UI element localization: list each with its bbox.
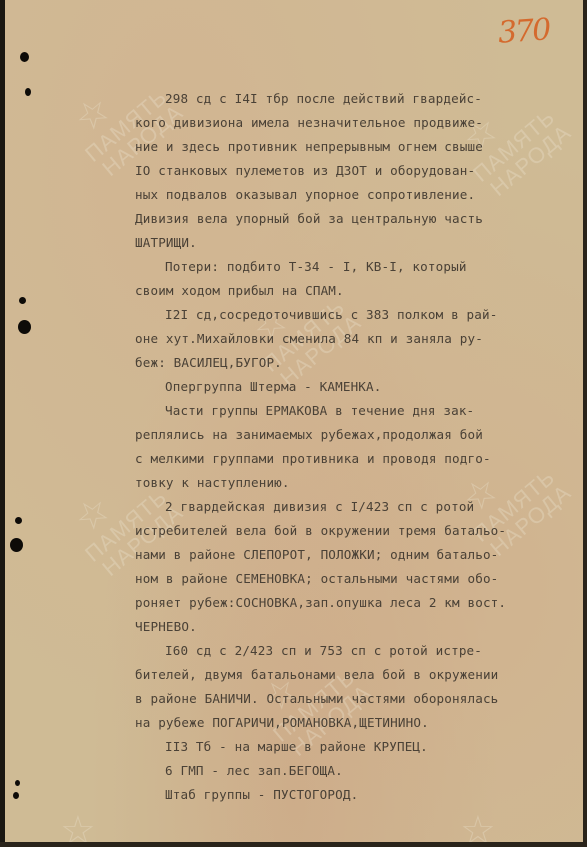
text-line: в районе БАНИЧИ. Остальными частями обор… bbox=[135, 691, 498, 706]
text-line: истребителей вела бой в окружении тремя … bbox=[135, 523, 506, 538]
text-line: роняет рубеж:СОСНОВКА,зап.опушка леса 2 … bbox=[135, 595, 506, 610]
text-line: IO станковых пулеметов из ДЗОТ и оборудо… bbox=[135, 163, 475, 178]
text-line: беж: ВАСИЛЕЦ,БУГОР. bbox=[135, 355, 282, 370]
text-line: ном в районе СЕМЕНОВКА; остальными частя… bbox=[135, 571, 498, 586]
punch-hole bbox=[20, 52, 29, 62]
punch-hole bbox=[15, 780, 20, 786]
page-number: 370 bbox=[497, 12, 551, 50]
text-line: Штаб группы - ПУСТОГОРОД. bbox=[165, 787, 358, 802]
punch-hole bbox=[19, 297, 26, 304]
text-line: кого дивизиона имела незначительное прод… bbox=[135, 115, 483, 130]
text-line: ние и здесь противник непрерывным огнем … bbox=[135, 139, 483, 154]
text-line: Потери: подбито Т-34 - I, КВ-I, который bbox=[165, 259, 467, 274]
star-icon: ☆ bbox=[460, 808, 496, 842]
star-icon: ☆ bbox=[60, 808, 96, 842]
text-line: своим ходом прибыл на СПАМ. bbox=[135, 283, 344, 298]
text-line: ЧЕРНЕВО. bbox=[135, 619, 197, 634]
text-line: ных подвалов оказывал упорное сопротивле… bbox=[135, 187, 475, 202]
scan-edge bbox=[583, 0, 587, 847]
text-line: I60 сд с 2/423 сп и 753 сп с ротой истре… bbox=[165, 643, 482, 658]
punch-hole bbox=[25, 88, 31, 96]
text-line: ШАТРИЩИ. bbox=[135, 235, 197, 250]
scan-edge bbox=[0, 842, 587, 847]
text-line: 6 ГМП - лес зап.БЕГОЩА. bbox=[165, 763, 343, 778]
punch-hole bbox=[18, 320, 31, 334]
text-line: на рубеже ПОГАРИЧИ,РОМАНОВКА,ЩЕТИНИНО. bbox=[135, 715, 429, 730]
text-line: с мелкими группами противника и проводя … bbox=[135, 451, 491, 466]
text-line: Опергруппа Штерма - КАМЕНКА. bbox=[165, 379, 382, 394]
text-line: 298 сд с I4I тбр после действий гвардейс… bbox=[165, 91, 482, 106]
text-line: I2I сд,сосредоточившись с 383 полком в р… bbox=[165, 307, 497, 322]
document-page: ☆ ПАМЯТЬ НАРОДА ☆ ПАМЯТЬ НАРОДА ☆ ПАМЯТЬ… bbox=[5, 0, 583, 842]
text-line: нами в районе СЛЕПОРОТ, ПОЛОЖКИ; одним б… bbox=[135, 547, 498, 562]
text-line: бителей, двумя батальонами вела бой в ок… bbox=[135, 667, 498, 682]
text-line: 2 гвардейская дивизия с I/423 сп с ротой bbox=[165, 499, 474, 514]
punch-hole bbox=[13, 792, 19, 799]
text-line: оне хут.Михайловки сменила 84 кп и занял… bbox=[135, 331, 483, 346]
text-line: реплялись на занимаемых рубежах,продолжа… bbox=[135, 427, 483, 442]
text-line: II3 Тб - на марше в районе КРУПЕЦ. bbox=[165, 739, 428, 754]
punch-hole bbox=[15, 517, 22, 524]
text-line: товку к наступлению. bbox=[135, 475, 290, 490]
text-line: Части группы ЕРМАКОВА в течение дня зак- bbox=[165, 403, 474, 418]
text-line: Дивизия вела упорный бой за центральную … bbox=[135, 211, 483, 226]
punch-hole bbox=[10, 538, 23, 552]
